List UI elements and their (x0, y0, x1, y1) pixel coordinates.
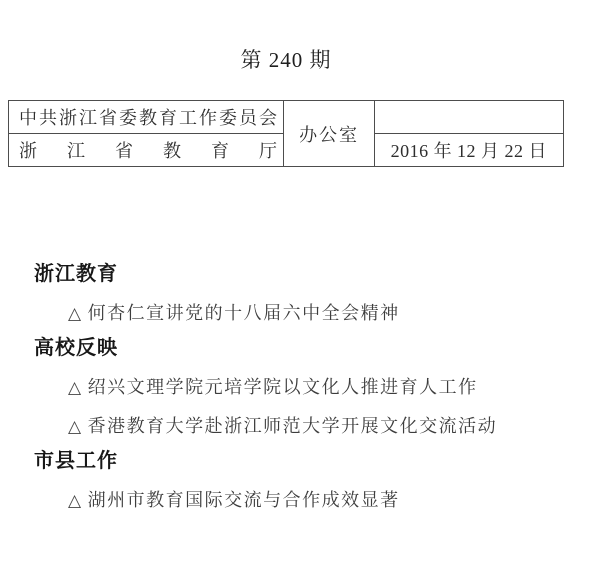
section-heading-university-reports: 高校反映 (34, 338, 564, 359)
triangle-marker-icon: △ (68, 378, 83, 397)
toc-item: △绍兴文理学院元培学院以文化人推进育人工作 (68, 377, 564, 398)
toc-item-text: 绍兴文理学院元培学院以文化人推进育人工作 (88, 377, 478, 397)
triangle-marker-icon: △ (68, 417, 83, 436)
toc-item: △何杏仁宣讲党的十八届六中全会精神 (68, 303, 564, 324)
toc-item: △湖州市教育国际交流与合作成效显著 (68, 490, 564, 511)
masthead-empty-cell (374, 101, 563, 134)
document-page: 第 240 期 中共浙江省委教育工作委员会 办公室 浙江省教育厅 2016 年 … (0, 0, 600, 563)
toc-item-text: 香港教育大学赴浙江师范大学开展文化交流活动 (88, 416, 498, 436)
masthead-table: 中共浙江省委教育工作委员会 办公室 浙江省教育厅 2016 年 12 月 22 … (8, 100, 564, 167)
issue-date: 2016 年 12 月 22 日 (374, 134, 563, 167)
toc-item: △香港教育大学赴浙江师范大学开展文化交流活动 (68, 416, 564, 437)
issue-number-title: 第 240 期 (8, 0, 564, 73)
toc-item-text: 何杏仁宣讲党的十八届六中全会精神 (88, 303, 400, 323)
masthead-row-1: 中共浙江省委教育工作委员会 办公室 (9, 101, 564, 134)
triangle-marker-icon: △ (68, 304, 83, 323)
masthead-row-2: 浙江省教育厅 2016 年 12 月 22 日 (9, 134, 564, 167)
document-content: 第 240 期 中共浙江省委教育工作委员会 办公室 浙江省教育厅 2016 年 … (8, 0, 564, 511)
toc-item-text: 湖州市教育国际交流与合作成效显著 (88, 490, 400, 510)
section-heading-city-county-work: 市县工作 (34, 451, 564, 472)
triangle-marker-icon: △ (68, 491, 83, 510)
table-of-contents: 浙江教育 △何杏仁宣讲党的十八届六中全会精神 高校反映 △绍兴文理学院元培学院以… (8, 264, 564, 511)
section-heading-zhejiang-education: 浙江教育 (34, 264, 564, 285)
org-name-primary: 中共浙江省委教育工作委员会 (9, 101, 284, 134)
org-name-secondary: 浙江省教育厅 (9, 134, 284, 167)
